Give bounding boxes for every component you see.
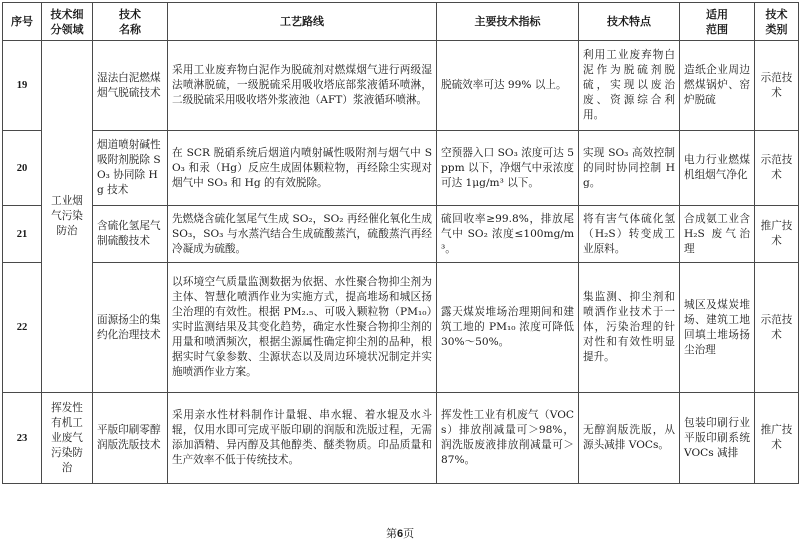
row-features: 实现 SO₃ 高效控制的同时协同控制 Hg。 [579,131,680,206]
table-row: 23 挥发性有机工业废气污染防治 平版印刷零醇润版洗版技术 采用亲水性材料制作计… [3,393,799,484]
row-tech-name: 平版印刷零醇润版洗版技术 [93,393,168,484]
header-category: 技术 类别 [755,3,799,41]
header-subfield-line1: 技术细 [44,7,90,22]
table-row: 19 工业烟气污染防治 湿法白泥燃煤烟气脱硫技术 采用工业废弃物白泥作为脱硫剂对… [3,41,799,131]
row-seq: 19 [3,41,42,131]
row-features: 利用工业废弃物白泥作为脱硫剂脱硫，实现以废治废、资源综合利用。 [579,41,680,131]
row-scope: 城区及煤炭堆场、建筑工地回填土堆场扬尘治理 [680,263,755,393]
row-subfield: 挥发性有机工业废气污染防治 [42,393,93,484]
technology-table: 序号 技术细 分领域 技术 名称 工艺路线 主要技术指标 技术特点 适用 范围 … [2,2,799,484]
row-tech-name: 烟道喷射碱性吸附剂脱除 SO₃ 协同除 Hg 技术 [93,131,168,206]
row-scope: 造纸企业周边燃煤锅炉、窑炉脱硫 [680,41,755,131]
row-process: 在 SCR 脱硝系统后烟道内喷射碱性吸附剂与烟气中 SO₃ 和汞（Hg）反应生成… [168,131,437,206]
page-suffix: 页 [403,527,414,540]
header-process: 工艺路线 [168,3,437,41]
row-scope: 电力行业燃煤机组烟气净化 [680,131,755,206]
row-category: 推广技术 [755,206,799,263]
table-row: 20 烟道喷射碱性吸附剂脱除 SO₃ 协同除 Hg 技术 在 SCR 脱硝系统后… [3,131,799,206]
row-seq: 22 [3,263,42,393]
row-process: 采用工业废弃物白泥作为脱硫剂对燃煤烟气进行两级湿法喷淋脱硫，一级脱硫采用吸收塔底… [168,41,437,131]
page-prefix: 第 [386,527,397,540]
row-seq: 21 [3,206,42,263]
table-row: 21 含硫化氢尾气制硫酸技术 先燃烧含硫化氢尾气生成 SO₂，SO₂ 再经催化氧… [3,206,799,263]
row-scope: 包装印刷行业平版印刷系统 VOCs 减排 [680,393,755,484]
row-indicators: 露天煤炭堆场治理期间和建筑工地的 PM₁₀ 浓度可降低 30%～50%。 [437,263,579,393]
row-seq: 23 [3,393,42,484]
header-subfield-line2: 分领域 [44,22,90,37]
row-tech-name: 湿法白泥燃煤烟气脱硫技术 [93,41,168,131]
row-process: 先燃烧含硫化氢尾气生成 SO₂，SO₂ 再经催化氧化生成 SO₃，SO₃ 与水蒸… [168,206,437,263]
page-number: 第6页 [0,525,800,541]
header-features: 技术特点 [579,3,680,41]
row-scope: 合成氨工业含 H₂S 废气治理 [680,206,755,263]
row-indicators: 挥发性工业有机废气（VOCs）排放削减量可＞98%，润洗版废液排放削减量可＞87… [437,393,579,484]
header-category-line2: 类别 [757,22,796,37]
header-scope: 适用 范围 [680,3,755,41]
row-category: 示范技术 [755,131,799,206]
header-subfield: 技术细 分领域 [42,3,93,41]
header-row: 序号 技术细 分领域 技术 名称 工艺路线 主要技术指标 技术特点 适用 范围 … [3,3,799,41]
row-indicators: 硫回收率≥99.8%，排放尾气中 SO₂ 浓度≤100mg/m³。 [437,206,579,263]
row-features: 无醇润版洗版，从源头减排 VOCs。 [579,393,680,484]
row-seq: 20 [3,131,42,206]
table-row: 22 面源扬尘的集约化治理技术 以环境空气质量监测数据为依据、水性聚合物抑尘剂为… [3,263,799,393]
row-process: 以环境空气质量监测数据为依据、水性聚合物抑尘剂为主体、智慧化喷洒作业为实施方式，… [168,263,437,393]
row-category: 推广技术 [755,393,799,484]
row-subfield: 工业烟气污染防治 [42,41,93,393]
row-features: 集监测、抑尘剂和喷洒作业技术于一体，污染治理的针对性和有效性明显提升。 [579,263,680,393]
row-process: 采用亲水性材料制作计量辊、串水辊、着水辊及水斗辊，仅用水即可完成平版印刷的润版和… [168,393,437,484]
row-tech-name: 面源扬尘的集约化治理技术 [93,263,168,393]
row-category: 示范技术 [755,263,799,393]
header-name: 技术 名称 [93,3,168,41]
row-indicators: 脱硫效率可达 99% 以上。 [437,41,579,131]
header-seq: 序号 [3,3,42,41]
header-scope-line1: 适用 [682,7,752,22]
row-features: 将有害气体硫化氢（H₂S）转变成工业原料。 [579,206,680,263]
row-category: 示范技术 [755,41,799,131]
header-indicators: 主要技术指标 [437,3,579,41]
row-indicators: 空预器入口 SO₃ 浓度可达 5ppm 以下，净烟气中汞浓度可达 1μg/m³ … [437,131,579,206]
header-name-line1: 技术 [95,7,165,22]
row-tech-name: 含硫化氢尾气制硫酸技术 [93,206,168,263]
header-name-line2: 名称 [95,22,165,37]
header-category-line1: 技术 [757,7,796,22]
header-scope-line2: 范围 [682,22,752,37]
